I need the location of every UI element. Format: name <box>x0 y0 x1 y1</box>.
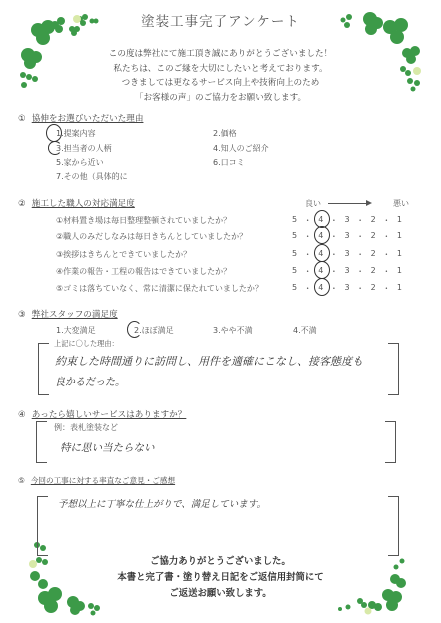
q5-heading-text: 今回の工事に対する率直なご意見・ご感想 <box>31 476 175 485</box>
intro-line: この度は弊社にて施工頂き誠にありがとうございました！ <box>0 47 441 62</box>
q2-item-3-answer-circle <box>314 244 330 262</box>
scale-dot: ・ <box>304 249 312 260</box>
scale-dot: ・ <box>356 249 364 260</box>
q3-option-3[interactable]: 3.やや不満 <box>213 325 253 336</box>
scale-dot: ・ <box>356 283 364 294</box>
scale-5[interactable]: 5 <box>292 215 297 226</box>
q3-heading: ③弊社スタッフの満足度 <box>18 308 118 320</box>
q3-reason-label: 上記に〇した理由： <box>52 339 121 349</box>
scale-dot: ・ <box>382 283 390 294</box>
page-title: 塗装工事完了アンケート <box>0 10 441 30</box>
q1-heading-text: 協伸をお選びいただいた理由 <box>32 114 144 124</box>
scale-arrow-line <box>328 203 368 204</box>
q4-answer-handwritten[interactable]: 特に思い当たらない <box>60 440 155 455</box>
q4-number: ④ <box>18 410 26 420</box>
closing-message: ご協力ありがとうございました。 本書と完了書・塗り替え日記をご返信用封筒にて ご… <box>0 554 441 602</box>
scale-5[interactable]: 5 <box>292 266 297 277</box>
scale-dot: ・ <box>330 249 338 260</box>
q2-item-1: ①材料置き場は毎日整理整頓されていましたか？ <box>56 215 231 226</box>
intro-text: この度は弊社にて施工頂き誠にありがとうございました！ 私たちは、このご縁を大切に… <box>0 47 441 105</box>
scale-dot: ・ <box>356 266 364 277</box>
q2-item-5: ⑤ゴミは落ちていなく、常に清潔に保たれていましたか？ <box>56 283 263 294</box>
scale-dot: ・ <box>382 231 390 242</box>
scale-1[interactable]: 1 <box>397 283 402 294</box>
q3-option-1[interactable]: 1.大変満足 <box>56 325 96 336</box>
scale-2[interactable]: 2 <box>371 266 376 277</box>
scale-1[interactable]: 1 <box>397 215 402 226</box>
q2-item-4: ④作業の報告・工程の報告はできていましたか？ <box>56 266 231 277</box>
q2-heading: ②施工した職人の対応満足度 <box>18 197 135 209</box>
closing-line: 本書と完了書・塗り替え日記をご返信用封筒にて <box>0 570 441 586</box>
scale-3[interactable]: 3 <box>344 231 349 242</box>
q2-item-4-answer-circle <box>314 261 330 279</box>
q3-option-2-circle-mark <box>127 321 142 338</box>
q5-answer-handwritten[interactable]: 予想以上に丁寧な仕上がりで、満足しています。 <box>58 496 266 510</box>
scale-dot: ・ <box>304 266 312 277</box>
scale-2[interactable]: 2 <box>371 231 376 242</box>
scale-2[interactable]: 2 <box>371 283 376 294</box>
q5-bracket-left <box>37 496 48 556</box>
closing-line: ご協力ありがとうございました。 <box>0 554 441 570</box>
q2-item-5-answer-circle <box>314 278 330 296</box>
q4-heading-text: あったら嬉しいサービスはありますか？ <box>32 410 187 420</box>
intro-line: 私たちは、このご縁を大切にしたいと考えております。 <box>0 62 441 77</box>
q3-reason-handwritten-line-1[interactable]: 約束した時間通りに訪問し、用件を適確にこなし、接客態度も <box>55 353 363 369</box>
q1-option-1-circle-mark <box>46 124 62 142</box>
scale-dot: ・ <box>304 215 312 226</box>
q2-item-2-scale[interactable]: 5・4・3・2・1 <box>292 231 402 242</box>
scale-dot: ・ <box>382 266 390 277</box>
scale-1[interactable]: 1 <box>397 231 402 242</box>
q1-heading: ①協伸をお選びいただいた理由 <box>18 112 143 124</box>
q3-reason-handwritten-line-2[interactable]: 良かるだった。 <box>55 373 125 388</box>
closing-line: ご返送お願い致します。 <box>0 586 441 602</box>
q2-item-4-scale[interactable]: 5・4・3・2・1 <box>292 266 402 277</box>
scale-2[interactable]: 2 <box>371 249 376 260</box>
q5-heading: ⑤今回の工事に対する率直なご意見・ご感想 <box>18 475 175 486</box>
scale-1[interactable]: 1 <box>397 249 402 260</box>
scale-good-label: 良い <box>305 198 321 209</box>
q4-example: 例：表札塗装など <box>54 422 118 433</box>
q1-option-4[interactable]: 4.知人のご紹介 <box>213 143 269 154</box>
scale-2[interactable]: 2 <box>371 215 376 226</box>
scale-5[interactable]: 5 <box>292 283 297 294</box>
intro-line: つきましては更なるサービス向上や技術向上のため <box>0 76 441 91</box>
q2-item-2: ②職人のみだしなみは毎日きちんとしていましたか？ <box>56 231 247 242</box>
q4-bracket-right <box>385 421 396 463</box>
q3-heading-text: 弊社スタッフの満足度 <box>32 310 118 320</box>
q2-heading-text: 施工した職人の対応満足度 <box>32 199 135 209</box>
q2-item-3-scale[interactable]: 5・4・3・2・1 <box>292 249 402 260</box>
q1-option-7[interactable]: 7.その他（具体的に <box>56 171 128 182</box>
scale-dot: ・ <box>382 215 390 226</box>
scale-dot: ・ <box>356 215 364 226</box>
q2-number: ② <box>18 199 26 209</box>
q1-option-2[interactable]: 2.価格 <box>213 128 237 139</box>
q3-reason-bracket-right <box>388 343 399 395</box>
q2-item-1-scale[interactable]: 5・4・3・2・1 <box>292 215 402 226</box>
q3-option-4[interactable]: 4.不満 <box>293 325 317 336</box>
scale-1[interactable]: 1 <box>397 266 402 277</box>
q1-option-6[interactable]: 6.口コミ <box>213 157 245 168</box>
scale-3[interactable]: 3 <box>344 249 349 260</box>
scale-3[interactable]: 3 <box>344 266 349 277</box>
scale-dot: ・ <box>356 231 364 242</box>
q4-heading: ④あったら嬉しいサービスはありますか？ <box>18 408 186 420</box>
q1-option-3-circle-mark <box>48 141 62 155</box>
scale-bad-label: 悪い <box>393 198 409 209</box>
scale-3[interactable]: 3 <box>344 283 349 294</box>
scale-5[interactable]: 5 <box>292 249 297 260</box>
intro-line: 「お客様の声」のご協力をお願い致します。 <box>0 91 441 106</box>
q4-bracket-left <box>36 421 47 463</box>
scale-dot: ・ <box>304 231 312 242</box>
scale-dot: ・ <box>330 215 338 226</box>
scale-5[interactable]: 5 <box>292 231 297 242</box>
scale-dot: ・ <box>382 249 390 260</box>
q3-reason-bracket-left <box>38 343 49 395</box>
q2-item-5-scale[interactable]: 5・4・3・2・1 <box>292 283 402 294</box>
scale-dot: ・ <box>330 283 338 294</box>
q2-item-2-answer-circle <box>314 226 330 244</box>
q1-number: ① <box>18 114 26 124</box>
scale-dot: ・ <box>330 266 338 277</box>
scale-arrow-head-icon <box>366 200 372 206</box>
q5-number: ⑤ <box>18 476 25 485</box>
scale-dot: ・ <box>304 283 312 294</box>
q2-item-3: ③挨拶はきちんとできていましたか？ <box>56 249 191 260</box>
scale-dot: ・ <box>330 231 338 242</box>
q1-option-3[interactable]: 3.担当者の人柄 <box>56 143 112 154</box>
q3-number: ③ <box>18 310 26 320</box>
scale-3[interactable]: 3 <box>344 215 349 226</box>
q5-bracket-right <box>388 496 399 556</box>
q1-option-5[interactable]: 5.家から近い <box>56 157 104 168</box>
